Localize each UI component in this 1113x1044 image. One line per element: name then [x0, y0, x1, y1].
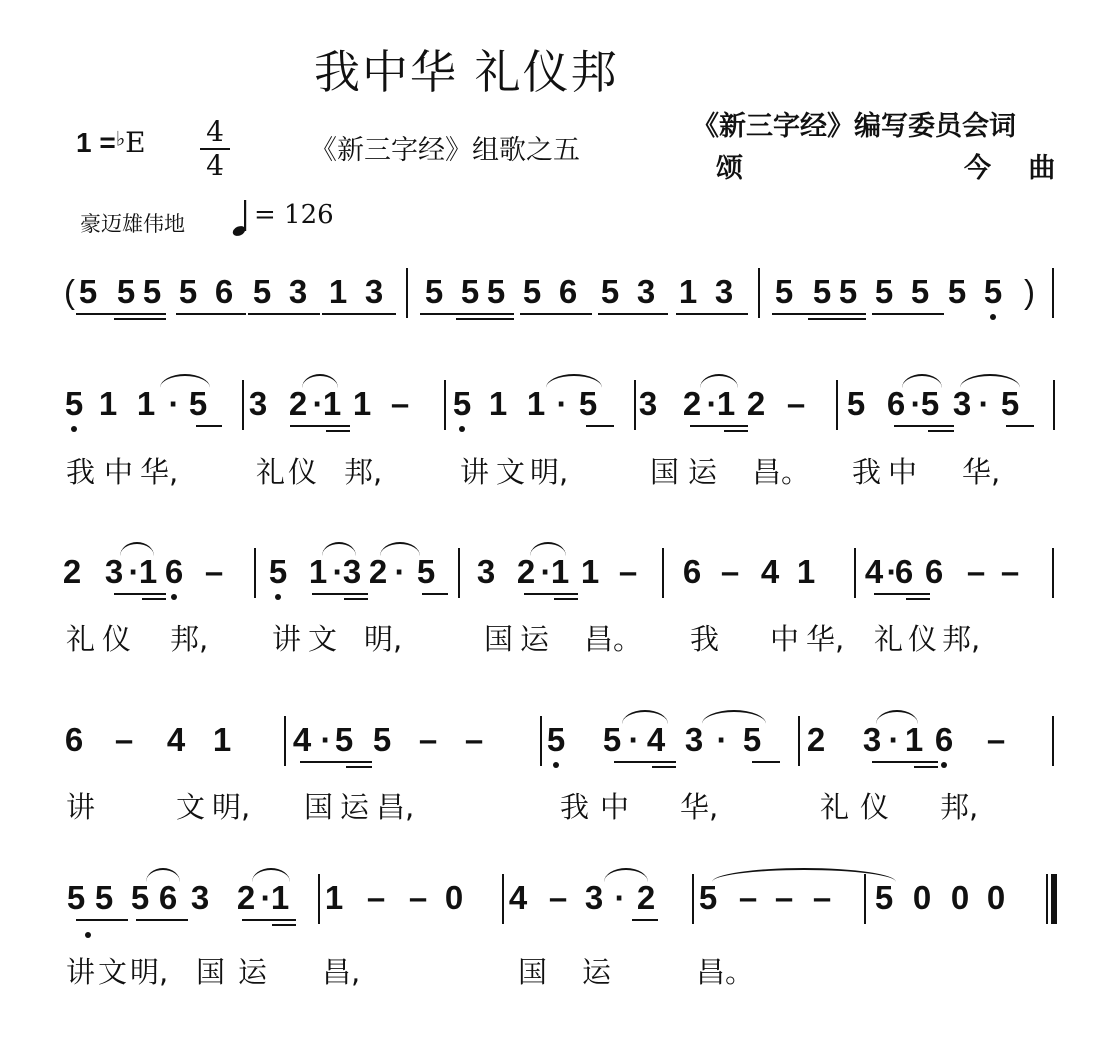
- note: 0: [984, 878, 1008, 918]
- bar-line: [502, 874, 504, 924]
- bar-line: [662, 548, 664, 598]
- low-octave-dot: [85, 932, 91, 938]
- score-row-3: 23·16–51·32·532·11–6–414·66––: [0, 552, 1113, 622]
- slur-arc: [302, 374, 338, 388]
- lyric-syllable: 我: [690, 622, 719, 656]
- lyric-syllable: 文: [98, 955, 127, 989]
- lyric-syllable: 邦,: [942, 622, 980, 656]
- note: 3: [188, 878, 212, 918]
- note: 6: [162, 552, 186, 592]
- lyric-syllable: 讲: [272, 622, 301, 656]
- bar-line: [1053, 380, 1055, 430]
- lyric-syllable: 运: [340, 790, 369, 824]
- eighth-underline: [114, 593, 166, 595]
- lyric-syllable: 仪: [288, 455, 317, 489]
- lyric-syllable: 礼: [256, 455, 285, 489]
- song-title: 我中华 礼仪邦: [314, 36, 619, 102]
- lyric-syllable: 讲: [66, 955, 95, 989]
- slur-arc: [380, 542, 420, 556]
- note: 2: [234, 878, 258, 918]
- note: 5: [64, 878, 88, 918]
- sustain-dash: –: [736, 878, 760, 918]
- bar-line: [836, 380, 838, 430]
- sustain-dash: –: [810, 878, 834, 918]
- eighth-underline: [176, 313, 246, 315]
- note: 5: [520, 272, 544, 312]
- eighth-underline: [586, 425, 614, 427]
- note: 3: [634, 272, 658, 312]
- note: 6: [892, 552, 916, 592]
- note: 1: [96, 384, 120, 424]
- bar-line: [758, 268, 760, 318]
- note: 6: [156, 878, 180, 918]
- quarter-note-icon: [232, 198, 250, 238]
- bar-line: [798, 716, 800, 766]
- lyric-syllable: 华,: [680, 790, 718, 824]
- note: 5: [128, 878, 152, 918]
- lyric-syllable: 中: [104, 455, 133, 489]
- note: 5: [600, 720, 624, 760]
- sustain-dash: –: [388, 384, 412, 424]
- final-bar-thin: [1046, 874, 1048, 924]
- slur-arc: [252, 868, 290, 882]
- note: 4: [758, 552, 782, 592]
- slur-arc: [700, 374, 738, 388]
- sixteenth-underline: [554, 598, 578, 600]
- note: 1: [322, 878, 346, 918]
- lyric-syllable: 运: [520, 622, 549, 656]
- augmentation-dot: ·: [627, 720, 641, 760]
- eighth-underline: [772, 313, 866, 315]
- close-parenthesis: ): [1024, 272, 1035, 312]
- sixteenth-underline: [344, 598, 368, 600]
- sixteenth-underline: [724, 430, 748, 432]
- lyric-syllable: 我: [66, 455, 95, 489]
- note: 2: [680, 384, 704, 424]
- lyric-syllable: 仪: [908, 622, 937, 656]
- note: 3: [582, 878, 606, 918]
- note: 6: [62, 720, 86, 760]
- sixteenth-underline: [914, 766, 938, 768]
- note: 2: [634, 878, 658, 918]
- note: 5: [484, 272, 508, 312]
- slur-arc: [876, 710, 918, 724]
- note: 3: [860, 720, 884, 760]
- lyric-syllable: 中: [888, 455, 917, 489]
- lyric-syllable: 明,: [530, 455, 568, 489]
- lyric-syllable: 明,: [212, 790, 250, 824]
- slur-arc: [712, 868, 896, 882]
- lyric-syllable: 我: [560, 790, 589, 824]
- lyric-syllable: 昌,: [376, 790, 414, 824]
- time-signature: 4 4: [200, 118, 230, 180]
- eighth-underline: [632, 919, 658, 921]
- note: 5: [414, 552, 438, 592]
- sixteenth-underline: [652, 766, 676, 768]
- eighth-underline: [300, 761, 372, 763]
- lyric-syllable: 运: [688, 455, 717, 489]
- lyric-syllable: 昌。: [696, 955, 754, 989]
- eighth-underline: [242, 919, 296, 921]
- note: 1: [714, 384, 738, 424]
- note: 6: [932, 720, 956, 760]
- note: 5: [422, 272, 446, 312]
- note: 1: [306, 552, 330, 592]
- lyric-syllable: 文: [308, 622, 337, 656]
- lyric-syllable: 礼: [874, 622, 903, 656]
- sixteenth-underline: [114, 318, 166, 320]
- bar-line: [254, 548, 256, 598]
- augmentation-dot: ·: [167, 384, 181, 424]
- note: 3: [246, 384, 270, 424]
- note: 5: [186, 384, 210, 424]
- lyric-syllable: 国: [650, 455, 679, 489]
- note: 5: [450, 384, 474, 424]
- note: 2: [286, 384, 310, 424]
- note: 1: [136, 552, 160, 592]
- note: 4: [290, 720, 314, 760]
- note: 3: [340, 552, 364, 592]
- eighth-underline: [312, 593, 368, 595]
- score-row-4: 6–414·55––55·43·523·16–: [0, 720, 1113, 790]
- lyric-syllable: 国: [484, 622, 513, 656]
- composer-name-left: 颂: [716, 146, 743, 185]
- lyric-syllable: 文: [496, 455, 525, 489]
- note: 1: [210, 720, 234, 760]
- note: 1: [902, 720, 926, 760]
- lyric-syllable: 明,: [364, 622, 402, 656]
- tempo-value: = 126: [254, 200, 334, 230]
- note: 5: [250, 272, 274, 312]
- lyric-syllable: 国: [304, 790, 333, 824]
- lyric-syllable: 明,: [130, 955, 168, 989]
- sustain-dash: –: [462, 720, 486, 760]
- lyric-syllable: 礼: [820, 790, 849, 824]
- sustain-dash: –: [998, 552, 1022, 592]
- note: 5: [92, 878, 116, 918]
- note: 1: [320, 384, 344, 424]
- note: 1: [676, 272, 700, 312]
- lyric-syllable: 运: [582, 955, 611, 989]
- open-parenthesis: (: [64, 272, 75, 312]
- lyric-syllable: 文: [176, 790, 205, 824]
- bar-line: [854, 548, 856, 598]
- time-bottom: 4: [206, 149, 224, 182]
- slur-arc: [604, 868, 648, 882]
- note: 5: [772, 272, 796, 312]
- lyric-syllable: 仪: [860, 790, 889, 824]
- sixteenth-underline: [142, 598, 166, 600]
- key-note: E: [125, 126, 145, 159]
- sixteenth-underline: [326, 430, 350, 432]
- note: 5: [140, 272, 164, 312]
- augmentation-dot: ·: [393, 552, 407, 592]
- sixteenth-underline: [808, 318, 866, 320]
- sustain-dash: –: [202, 552, 226, 592]
- sustain-dash: –: [416, 720, 440, 760]
- note: 5: [576, 384, 600, 424]
- note: 5: [266, 552, 290, 592]
- bar-line: [284, 716, 286, 766]
- eighth-underline: [690, 425, 748, 427]
- note: 4: [644, 720, 668, 760]
- note: 2: [514, 552, 538, 592]
- sustain-dash: –: [364, 878, 388, 918]
- note: 4: [164, 720, 188, 760]
- note: 5: [62, 384, 86, 424]
- eighth-underline: [290, 425, 350, 427]
- lyric-syllable: 中: [600, 790, 629, 824]
- augmentation-dot: ·: [887, 720, 901, 760]
- note: 0: [442, 878, 466, 918]
- eighth-underline: [752, 761, 780, 763]
- note: 2: [744, 384, 768, 424]
- note: 5: [981, 272, 1005, 312]
- note: 5: [76, 272, 100, 312]
- lyric-syllable: 昌,: [322, 955, 360, 989]
- note: 5: [872, 878, 896, 918]
- slur-arc: [120, 542, 154, 556]
- note: 5: [998, 384, 1022, 424]
- sixteenth-underline: [456, 318, 514, 320]
- final-bar-thick: [1051, 874, 1057, 924]
- eighth-underline: [614, 761, 676, 763]
- note: 6: [680, 552, 704, 592]
- eighth-underline: [520, 313, 592, 315]
- bar-line: [318, 874, 320, 924]
- note: 5: [740, 720, 764, 760]
- lyric-syllable: 讲: [66, 790, 95, 824]
- slur-arc: [622, 710, 668, 724]
- eighth-underline: [524, 593, 578, 595]
- note: 3: [362, 272, 386, 312]
- augmentation-dot: ·: [613, 878, 627, 918]
- slur-arc: [546, 374, 602, 388]
- lyric-syllable: 礼: [66, 622, 95, 656]
- lyric-syllable: 邦,: [940, 790, 978, 824]
- note: 5: [544, 720, 568, 760]
- note: 3: [712, 272, 736, 312]
- eighth-underline: [894, 425, 954, 427]
- bar-line: [1052, 716, 1054, 766]
- note: 1: [794, 552, 818, 592]
- lyric-syllable: 中: [770, 622, 799, 656]
- bar-line: [458, 548, 460, 598]
- sustain-dash: –: [784, 384, 808, 424]
- flat-icon: ♭: [116, 127, 125, 151]
- note: 5: [836, 272, 860, 312]
- note: 1: [486, 384, 510, 424]
- note: 4: [506, 878, 530, 918]
- expression-marking: 豪迈雄伟地: [80, 208, 185, 238]
- key-prefix: 1 =: [76, 127, 116, 158]
- note: 2: [804, 720, 828, 760]
- bar-line: [1052, 548, 1054, 598]
- lyric-syllable: 昌。: [584, 622, 642, 656]
- note: 5: [458, 272, 482, 312]
- eighth-underline: [136, 919, 188, 921]
- time-top: 4: [206, 115, 224, 148]
- bar-line: [444, 380, 446, 430]
- note: 1: [326, 272, 350, 312]
- lyric-syllable: 仪: [102, 622, 131, 656]
- note: 1: [578, 552, 602, 592]
- eighth-underline: [76, 919, 128, 921]
- lyric-syllable: 国: [518, 955, 547, 989]
- sustain-dash: –: [112, 720, 136, 760]
- eighth-underline: [196, 425, 222, 427]
- eighth-underline: [420, 313, 514, 315]
- lyric-syllable: 运: [238, 955, 267, 989]
- slur-arc: [702, 710, 766, 724]
- bar-line: [242, 380, 244, 430]
- score-row-2: 511·532·11–511·532·12–56·53·5: [0, 384, 1113, 454]
- lyric-syllable: 讲: [460, 455, 489, 489]
- slur-arc: [322, 542, 356, 556]
- note: 2: [366, 552, 390, 592]
- eighth-underline: [676, 313, 748, 315]
- sustain-dash: –: [772, 878, 796, 918]
- sustain-dash: –: [964, 552, 988, 592]
- slur-arc: [960, 374, 1020, 388]
- sustain-dash: –: [406, 878, 430, 918]
- lyric-syllable: 邦,: [344, 455, 382, 489]
- note: 5: [918, 384, 942, 424]
- eighth-underline: [872, 761, 938, 763]
- note: 3: [286, 272, 310, 312]
- eighth-underline: [322, 313, 396, 315]
- note: 1: [548, 552, 572, 592]
- note: 6: [556, 272, 580, 312]
- eighth-underline: [248, 313, 320, 315]
- note: 1: [134, 384, 158, 424]
- augmentation-dot: ·: [319, 720, 333, 760]
- bar-line: [540, 716, 542, 766]
- note: 5: [598, 272, 622, 312]
- score-row-5: 555632·11––04–3·25–––5000: [0, 878, 1113, 948]
- note: 5: [114, 272, 138, 312]
- note: 1: [268, 878, 292, 918]
- sixteenth-underline: [346, 766, 372, 768]
- augmentation-dot: ·: [555, 384, 569, 424]
- slur-arc: [530, 542, 566, 556]
- slur-arc: [146, 868, 180, 882]
- note: 0: [910, 878, 934, 918]
- lyric-syllable: 国: [196, 955, 225, 989]
- eighth-underline: [1006, 425, 1034, 427]
- note: 0: [948, 878, 972, 918]
- note: 3: [102, 552, 126, 592]
- note: 3: [682, 720, 706, 760]
- lyric-syllable: 华,: [962, 455, 1000, 489]
- note: 6: [212, 272, 236, 312]
- note: 3: [636, 384, 660, 424]
- note: 2: [60, 552, 84, 592]
- sixteenth-underline: [272, 924, 296, 926]
- note: 5: [945, 272, 969, 312]
- slur-arc: [902, 374, 942, 388]
- score-row-1: 5555653135555653135555555(): [0, 272, 1113, 342]
- note: 5: [908, 272, 932, 312]
- note: 5: [810, 272, 834, 312]
- note: 6: [884, 384, 908, 424]
- lyricist-credit: 《新三字经》编写委员会词: [692, 104, 1016, 143]
- sixteenth-underline: [928, 430, 954, 432]
- bar-line: [406, 268, 408, 318]
- note: 5: [332, 720, 356, 760]
- note: 3: [474, 552, 498, 592]
- augmentation-dot: ·: [977, 384, 991, 424]
- eighth-underline: [76, 313, 166, 315]
- eighth-underline: [872, 313, 944, 315]
- note: 5: [844, 384, 868, 424]
- note: 6: [922, 552, 946, 592]
- note: 1: [350, 384, 374, 424]
- eighth-underline: [422, 593, 448, 595]
- sustain-dash: –: [616, 552, 640, 592]
- note: 5: [872, 272, 896, 312]
- sustain-dash: –: [984, 720, 1008, 760]
- sustain-dash: –: [546, 878, 570, 918]
- sustain-dash: –: [718, 552, 742, 592]
- bar-line: [1052, 268, 1054, 318]
- lyric-syllable: 华,: [806, 622, 844, 656]
- augmentation-dot: ·: [715, 720, 729, 760]
- composer-name-right: 今 曲: [964, 146, 1069, 185]
- slur-arc: [160, 374, 210, 388]
- eighth-underline: [874, 593, 930, 595]
- lyric-syllable: 昌。: [752, 455, 810, 489]
- note: 1: [524, 384, 548, 424]
- key-signature: 1 =♭E: [76, 126, 146, 159]
- note: 5: [370, 720, 394, 760]
- lyric-syllable: 邦,: [170, 622, 208, 656]
- bar-line: [634, 380, 636, 430]
- subtitle: 《新三字经》组歌之五: [310, 128, 580, 167]
- note: 3: [950, 384, 974, 424]
- note: 4: [862, 552, 886, 592]
- note: 5: [176, 272, 200, 312]
- eighth-underline: [598, 313, 668, 315]
- lyric-syllable: 华,: [140, 455, 178, 489]
- lyric-syllable: 我: [852, 455, 881, 489]
- note: 5: [696, 878, 720, 918]
- bar-line: [692, 874, 694, 924]
- sixteenth-underline: [906, 598, 930, 600]
